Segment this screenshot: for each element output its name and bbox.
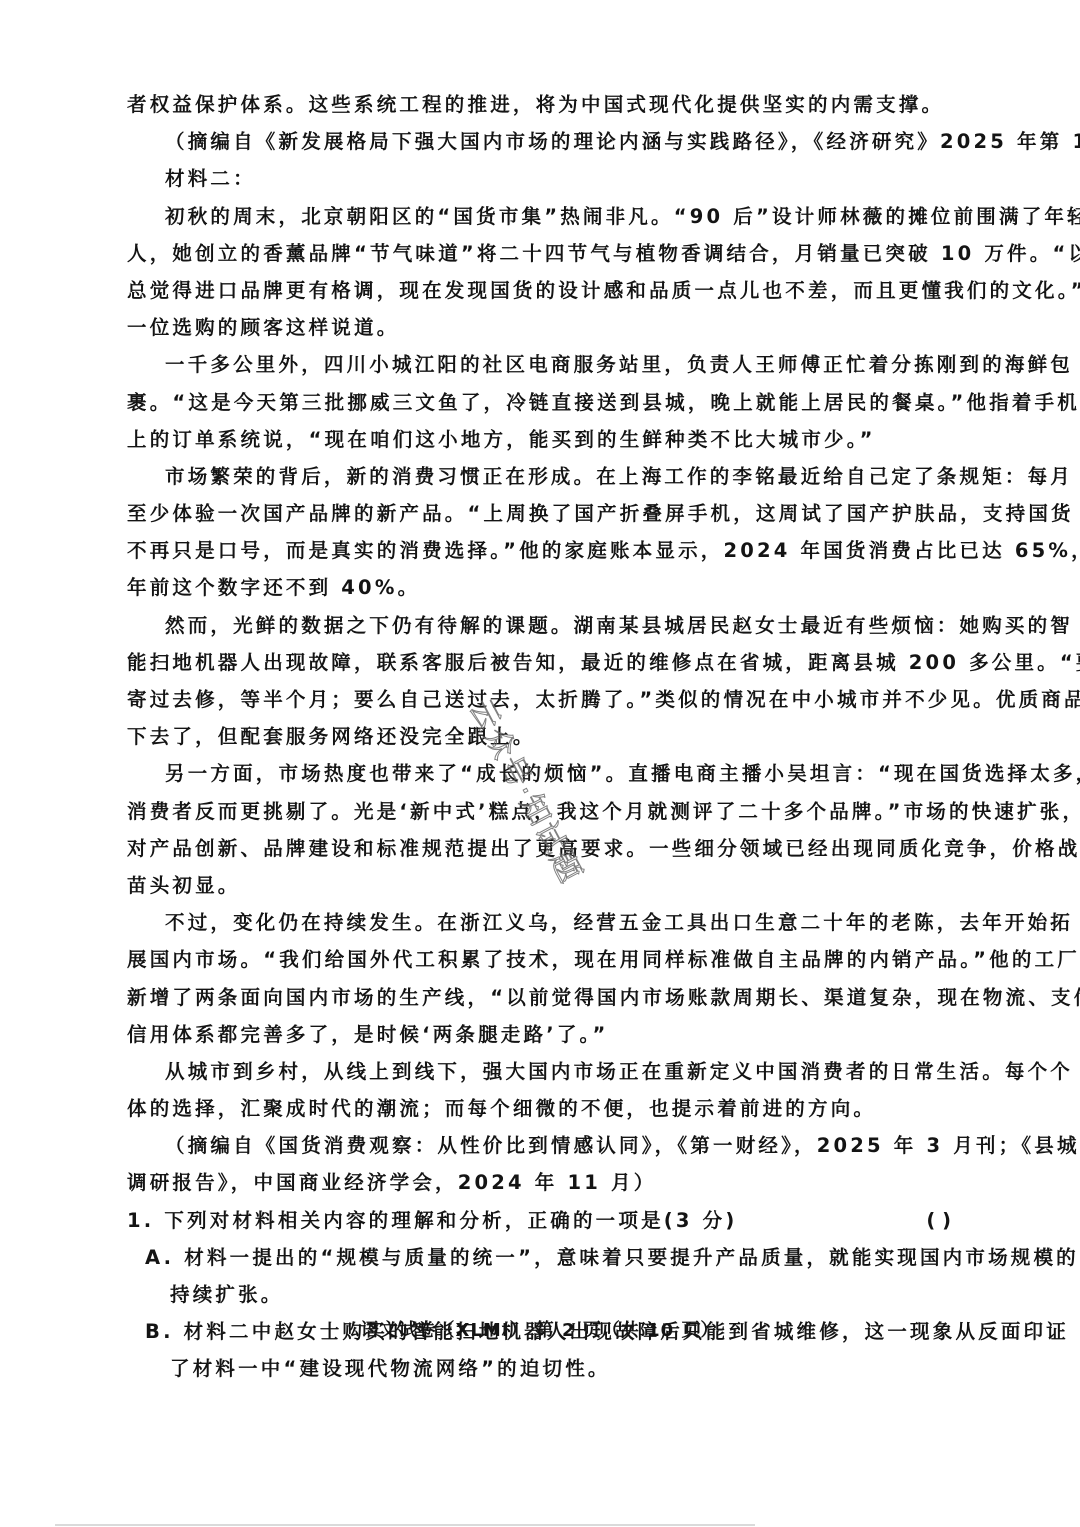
paragraph-line: 初秋的周末，北京朝阳区的“国货市集”热闹非凡。“90 后”设计师林薇的摊位前围满… [127,198,953,235]
question-stem: 1. 下列对材料相关内容的理解和分析，正确的一项是(3 分) ( ) [127,1202,953,1239]
source-citation: （摘编自《国货消费观察：从性价比到情感认同》，《第一财经》，2025 年 3 月… [127,1127,953,1164]
paragraph-line: 然而，光鲜的数据之下仍有待解的课题。湖南某县城居民赵女士最近有些烦恼：她购买的智 [127,607,953,644]
paragraph-line: 从城市到乡村，从线上到线下，强大国内市场正在重新定义中国消费者的日常生活。每个个 [127,1053,953,1090]
paragraph-line: 新增了两条面向国内市场的生产线，“以前觉得国内市场账款周期长、渠道复杂，现在物流… [127,979,953,1016]
paragraph-line: 至少体验一次国产品牌的新产品。“上周换了国产折叠屏手机，这周试了国产护肤品，支持… [127,495,953,532]
bottom-divider [55,1524,755,1526]
paragraph-line: 一千多公里外，四川小城江阳的社区电商服务站里，负责人王师傅正忙着分拣刚到的海鲜包 [127,346,953,383]
paragraph-line: 寄过去修，等半个月；要么自己送过去，太折腾了。”类似的情况在中小城市并不少见。优… [127,681,953,718]
source-citation: （摘编自《新发展格局下强大国内市场的理论内涵与实践路径》，《经济研究》2025 … [127,123,953,160]
paragraph-line: 人，她创立的香薰品牌“节气味道”将二十四节气与植物香调结合，月销量已突破 10 … [127,235,953,272]
paragraph-line: 上的订单系统说，“现在咱们这小地方，能买到的生鲜种类不比大城市少。” [127,421,953,458]
paragraph-line: 总觉得进口品牌更有格调，现在发现国货的设计感和品质一点儿也不差，而且更懂我们的文… [127,272,953,309]
paragraph-line: 年前这个数字还不到 40%。 [127,569,953,606]
option-a: A. 材料一提出的“规模与质量的统一”，意味着只要提升产品质量，就能实现国内市场… [127,1239,953,1276]
paragraph-line: 者权益保护体系。这些系统工程的推进，将为中国式现代化提供坚实的内需支撑。 [127,86,953,123]
paragraph-line: 裹。“这是今天第三批挪威三文鱼了，冷链直接送到县城，晚上就能上居民的餐桌。”他指… [127,384,953,421]
paragraph-line: 体的选择，汇聚成时代的潮流；而每个细微的不便，也提示着前进的方向。 [127,1090,953,1127]
paragraph-line: 不过，变化仍在持续发生。在浙江义乌，经营五金工具出口生意二十年的老陈，去年开始拓 [127,904,953,941]
option-b-continued: 了材料一中“建设现代物流网络”的迫切性。 [127,1350,953,1387]
section-heading-material-two: 材料二： [127,160,953,197]
question-stem-text: 1. 下列对材料相关内容的理解和分析，正确的一项是(3 分) [127,1202,737,1239]
answer-blank[interactable]: ( ) [926,1202,953,1239]
paragraph-line: 不再只是口号，而是真实的消费选择。”他的家庭账本显示，2024 年国货消费占比已… [127,532,953,569]
option-a-continued: 持续扩张。 [127,1276,953,1313]
paragraph-line: 信用体系都完善多了，是时候‘两条腿走路’了。” [127,1016,953,1053]
paragraph-line: 市场繁荣的背后，新的消费习惯正在形成。在上海工作的李铭最近给自己定了条规矩：每月 [127,458,953,495]
exam-page-body: 者权益保护体系。这些系统工程的推进，将为中国式现代化提供坚实的内需支撑。 （摘编… [127,86,953,1388]
paragraph-line: 展国内市场。“我们给国外代工积累了技术，现在用同样标准做自主品牌的内销产品。”他… [127,941,953,978]
page-footer: 语文试卷（XLMI） 第 2 页（共 10 页） [0,1316,1080,1342]
paragraph-line: 一位选购的顾客这样说道。 [127,309,953,346]
source-citation: 调研报告》，中国商业经济学会，2024 年 11 月） [127,1164,953,1201]
paragraph-line: 苗头初显。 [127,867,953,904]
paragraph-line: 下去了，但配套服务网络还没完全跟上。 [127,718,953,755]
paragraph-line: 能扫地机器人出现故障，联系客服后被告知，最近的维修点在省城，距离县城 200 多… [127,644,953,681]
